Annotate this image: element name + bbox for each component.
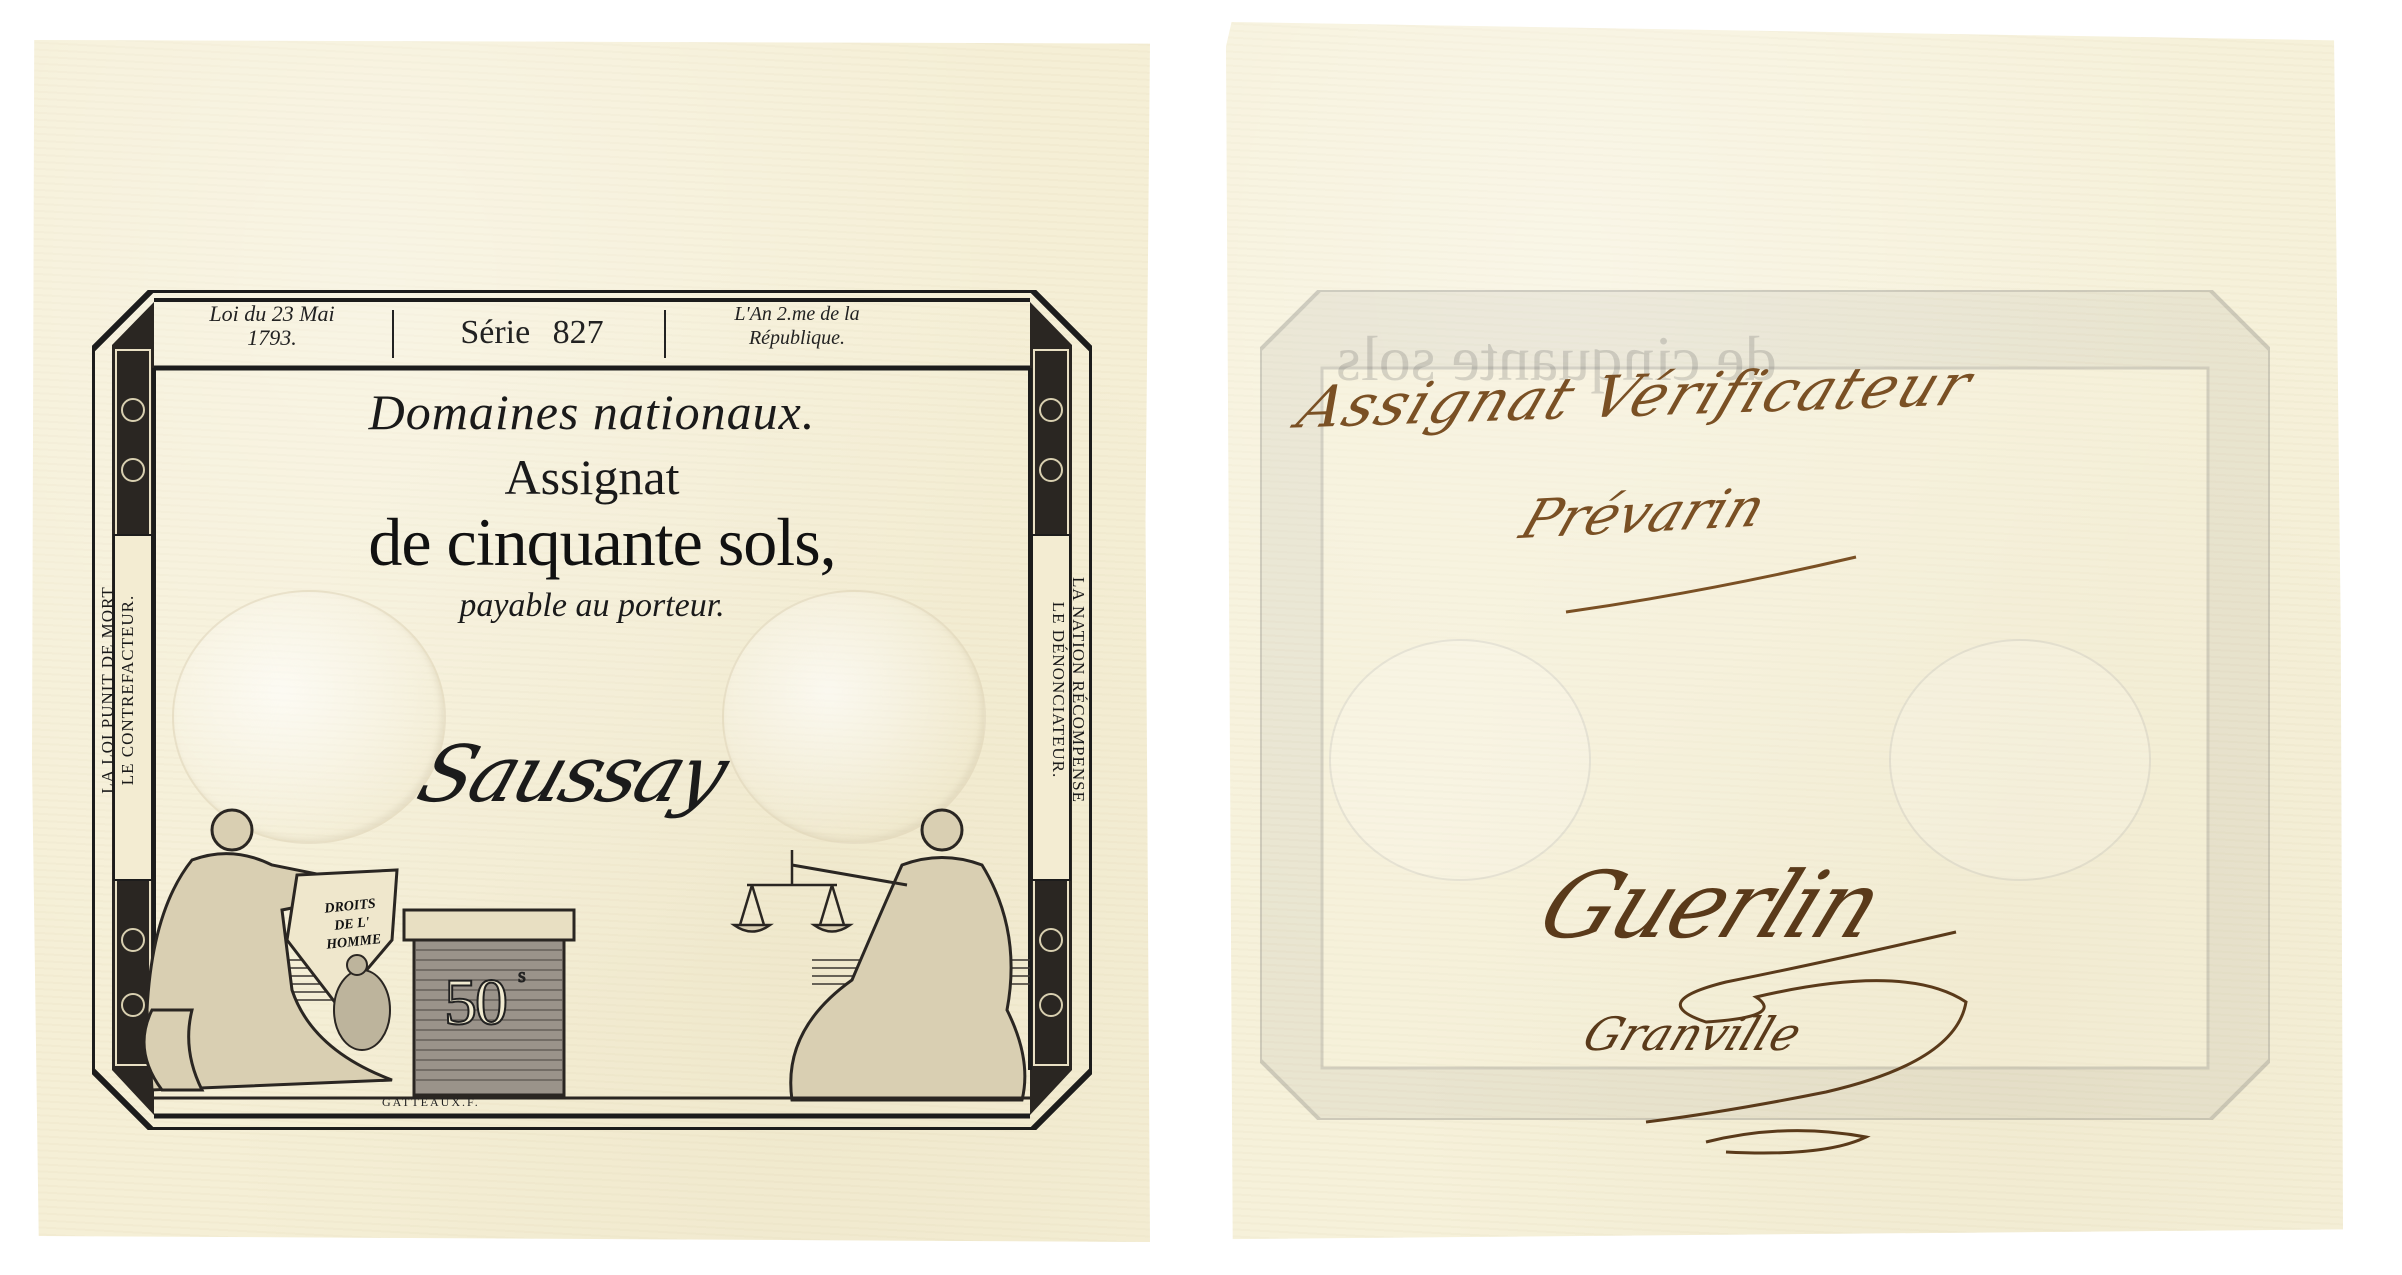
value-unit: s <box>518 965 526 988</box>
series-label: Série <box>460 314 530 351</box>
republic-year-line2: République. <box>682 326 912 350</box>
law-date: Loi du 23 Mai 1793. <box>172 302 372 364</box>
assignat-heading: Assignat <box>242 448 942 506</box>
countersignature: Granville <box>1576 1007 1809 1061</box>
engraver-signature: GATTEAUX.F. <box>382 1095 480 1110</box>
header-divider <box>664 310 666 358</box>
payable-line: payable au porteur. <box>242 587 942 625</box>
book-droits-de-l-homme: DROITS DE L' HOMME <box>304 893 399 956</box>
manuscript-subtitle: Prévarin <box>1513 476 1774 551</box>
domaines-nationaux-title: Domaines nationaux. <box>242 383 942 441</box>
law-year: 1793. <box>172 326 372 350</box>
republic-year-line1: L'An 2.me de la <box>682 302 912 326</box>
vignette-engraving <box>92 790 1092 1130</box>
law-label: Loi du 23 Mai <box>172 302 372 326</box>
series-number: 827 <box>553 314 604 351</box>
header-divider <box>392 310 394 358</box>
engraved-vignette: DROITS DE L' HOMME 50 s GATTEAUX.F. <box>92 790 1092 1130</box>
denomination: de cinquante sols, <box>232 503 972 582</box>
value-number: 50 <box>444 965 506 1041</box>
back-note: de cinquante sols Assignat Vérificateur … <box>1226 22 2343 1244</box>
series: Série 827 <box>432 302 632 364</box>
subtitle-flourish <box>1556 542 1876 622</box>
republic-year: L'An 2.me de la République. <box>682 302 912 364</box>
